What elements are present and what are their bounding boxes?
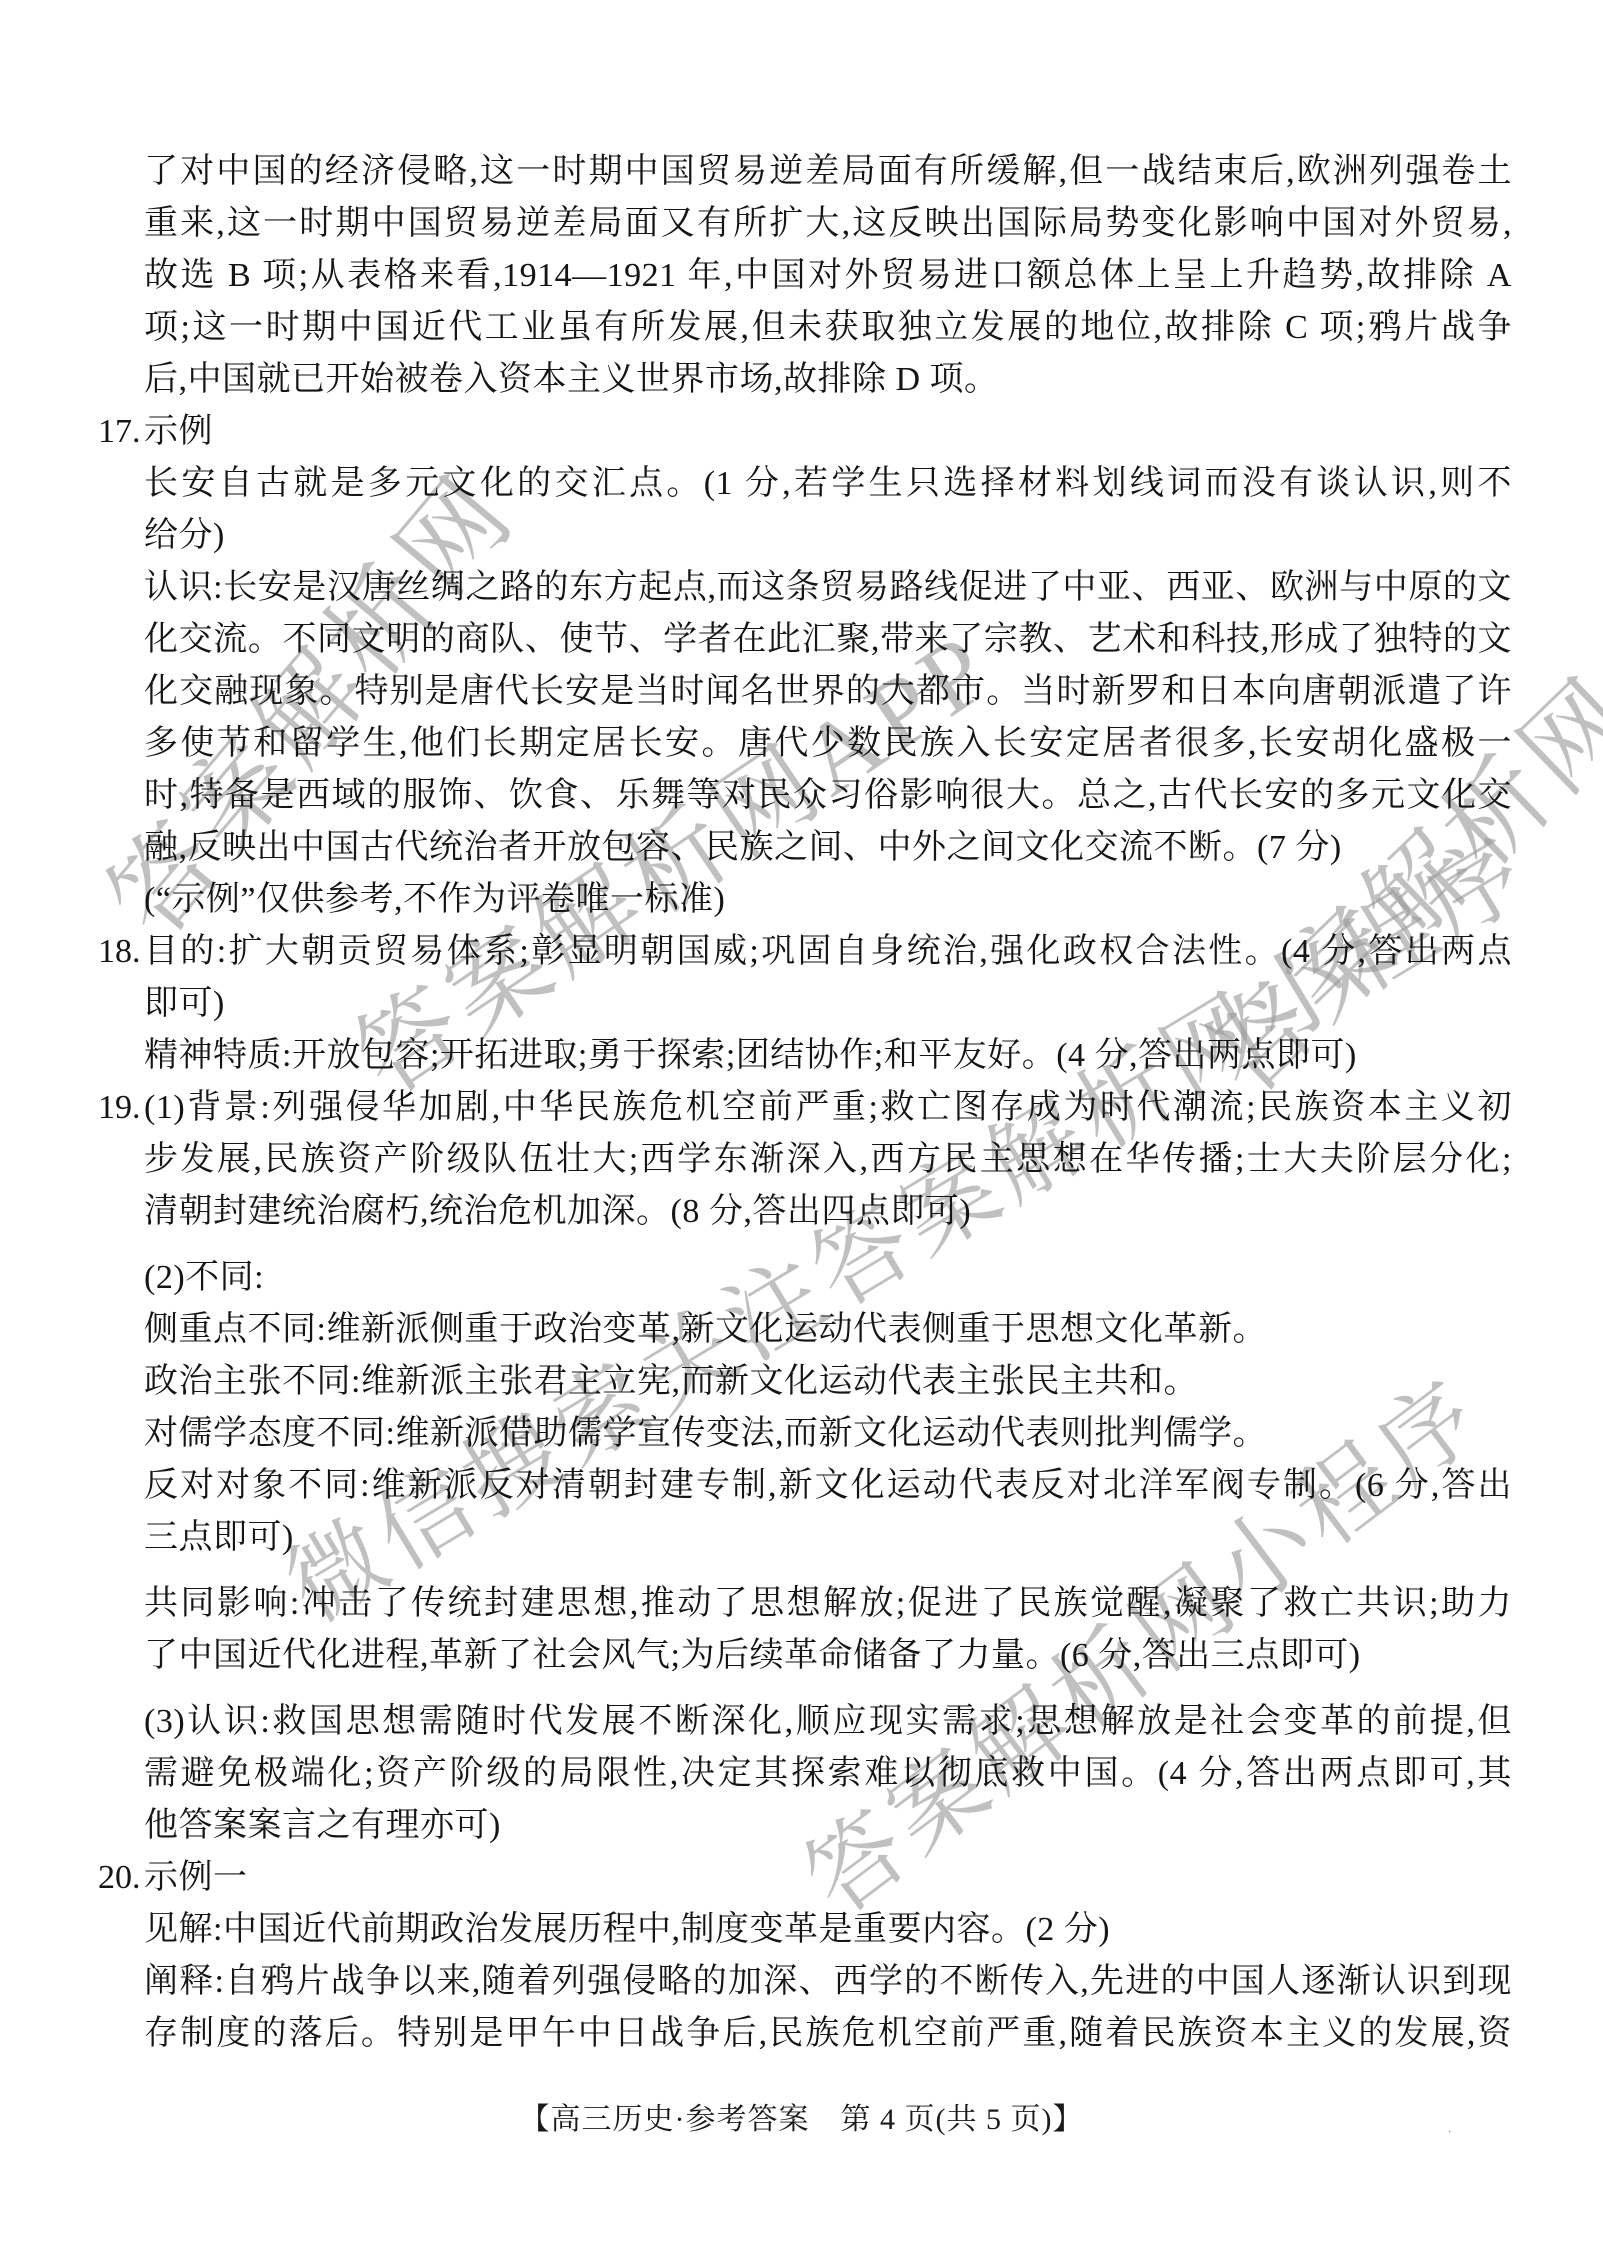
text-line: 需避免极端化;资产阶级的局限性,决定其探索难以彻底救中国。(4 分,答出两点即可…	[144, 1748, 1512, 1800]
answer-item: 20.示例一见解:中国近代前期政治发展历程中,制度变革是重要内容。(2 分)阐释…	[98, 1852, 1512, 2060]
answer-item: 19.(1)背景:列强侵华加剧,中华民族危机空前严重;救亡图存成为时代潮流;民族…	[98, 1082, 1512, 1852]
page-footer: 【高三历史·参考答案 第 4 页(共 5 页)】	[0, 2094, 1603, 2138]
answer-item: 17.示例长安自古就是多元文化的交汇点。(1 分,若学生只选择材料划线词而没有谈…	[98, 406, 1512, 926]
item-lines: 示例一见解:中国近代前期政治发展历程中,制度变革是重要内容。(2 分)阐释:自鸦…	[144, 1852, 1512, 2060]
item-number: 17.	[98, 406, 144, 458]
text-line: 存制度的落后。特别是甲午中日战争后,民族危机空前严重,随着民族资本主义的发展,资	[144, 2008, 1512, 2060]
scan-artifact-mark: ·	[1447, 2124, 1452, 2142]
text-line: 时,特备是西域的服饰、饮食、乐舞等对民众习俗影响很大。总之,古代长安的多元文化交	[144, 770, 1512, 822]
text-line: (“示例”仅供参考,不作为评卷唯一标准)	[144, 874, 1512, 926]
item-number: 18.	[98, 926, 144, 978]
answer-item: 了对中国的经济侵略,这一时期中国贸易逆差局面有所缓解,但一战结束后,欧洲列强卷土…	[98, 146, 1512, 406]
text-line: 长安自古就是多元文化的交汇点。(1 分,若学生只选择材料划线词而没有谈认识,则不	[144, 458, 1512, 510]
answer-item: 18.目的:扩大朝贡贸易体系;彰显明朝国威;巩固自身统治,强化政权合法性。(4 …	[98, 926, 1512, 1082]
text-line: 了对中国的经济侵略,这一时期中国贸易逆差局面有所缓解,但一战结束后,欧洲列强卷土	[144, 146, 1512, 198]
text-line: 侧重点不同:维新派侧重于政治变革,新文化运动代表侧重于思想文化革新。	[144, 1304, 1512, 1356]
text-line: 步发展,民族资产阶级队伍壮大;西学东渐深入,西方民主思想在华传播;士大夫阶层分化…	[144, 1134, 1512, 1186]
text-line: 示例	[144, 406, 1512, 458]
scanned-answer-page: { "page": { "footer": "【高三历史·参考答案 第 4 页(…	[0, 0, 1603, 2252]
text-line: 阐释:自鸦片战争以来,随着列强侵略的加深、西学的不断传入,先进的中国人逐渐认识到…	[144, 1956, 1512, 2008]
text-line: 化交流。不同文明的商队、使节、学者在此汇聚,带来了宗教、艺术和科技,形成了独特的…	[144, 614, 1512, 666]
text-line: 给分)	[144, 510, 1512, 562]
text-line: 政治主张不同:维新派主张君主立宪,而新文化运动代表主张民主共和。	[144, 1356, 1512, 1408]
item-lines: 示例长安自古就是多元文化的交汇点。(1 分,若学生只选择材料划线词而没有谈认识,…	[144, 406, 1512, 926]
text-line: 化交融现象。特别是唐代长安是当时闻名世界的大都市。当时新罗和日本向唐朝派遣了许	[144, 666, 1512, 718]
text-line: (3)认识:救国思想需随时代发展不断深化,顺应现实需求;思想解放是社会变革的前提…	[144, 1696, 1512, 1748]
text-line: (2)不同:	[144, 1252, 1512, 1304]
text-line: 他答案案言之有理亦可)	[144, 1800, 1512, 1852]
text-line: 目的:扩大朝贡贸易体系;彰显明朝国威;巩固自身统治,强化政权合法性。(4 分,答…	[144, 926, 1512, 978]
text-line: 反对对象不同:维新派反对清朝封建专制,新文化运动代表反对北洋军阀专制。(6 分,…	[144, 1460, 1512, 1512]
text-line: 即可)	[144, 978, 1512, 1030]
text-line: 认识:长安是汉唐丝绸之路的东方起点,而这条贸易路线促进了中亚、西亚、欧洲与中原的…	[144, 562, 1512, 614]
text-line: 对儒学态度不同:维新派借助儒学宣传变法,而新文化运动代表则批判儒学。	[144, 1408, 1512, 1460]
item-lines: 目的:扩大朝贡贸易体系;彰显明朝国威;巩固自身统治,强化政权合法性。(4 分,答…	[144, 926, 1512, 1082]
text-line: 故选 B 项;从表格来看,1914—1921 年,中国对外贸易进口额总体上呈上升…	[144, 250, 1512, 302]
text-line: (1)背景:列强侵华加剧,中华民族危机空前严重;救亡图存成为时代潮流;民族资本主…	[144, 1082, 1512, 1134]
item-number: 20.	[98, 1852, 144, 1904]
text-line: 后,中国就已开始被卷入资本主义世界市场,故排除 D 项。	[144, 354, 1512, 406]
item-lines: 了对中国的经济侵略,这一时期中国贸易逆差局面有所缓解,但一战结束后,欧洲列强卷土…	[144, 146, 1512, 406]
text-line: 见解:中国近代前期政治发展历程中,制度变革是重要内容。(2 分)	[144, 1904, 1512, 1956]
text-line: 精神特质:开放包容;开拓进取;勇于探索;团结协作;和平友好。(4 分,答出两点即…	[144, 1030, 1512, 1082]
text-line: 示例一	[144, 1852, 1512, 1904]
text-line: 三点即可)	[144, 1512, 1512, 1564]
text-line: 了中国近代化进程,革新了社会风气;为后续革命储备了力量。(6 分,答出三点即可)	[144, 1630, 1512, 1682]
item-lines: (1)背景:列强侵华加剧,中华民族危机空前严重;救亡图存成为时代潮流;民族资本主…	[144, 1082, 1512, 1852]
text-line: 多使节和留学生,他们长期定居长安。唐代少数民族入长安定居者很多,长安胡化盛极一	[144, 718, 1512, 770]
answer-list: 了对中国的经济侵略,这一时期中国贸易逆差局面有所缓解,但一战结束后,欧洲列强卷土…	[98, 146, 1512, 2060]
text-line: 项;这一时期中国近代工业虽有所发展,但未获取独立发展的地位,故排除 C 项;鸦片…	[144, 302, 1512, 354]
text-line: 重来,这一时期中国贸易逆差局面又有所扩大,这反映出国际局势变化影响中国对外贸易,	[144, 198, 1512, 250]
text-line: 清朝封建统治腐朽,统治危机加深。(8 分,答出四点即可)	[144, 1186, 1512, 1238]
text-line: 共同影响:冲击了传统封建思想,推动了思想解放;促进了民族觉醒,凝聚了救亡共识;助…	[144, 1578, 1512, 1630]
text-line: 融,反映出中国古代统治者开放包容、民族之间、中外之间文化交流不断。(7 分)	[144, 822, 1512, 874]
item-number: 19.	[98, 1082, 144, 1134]
